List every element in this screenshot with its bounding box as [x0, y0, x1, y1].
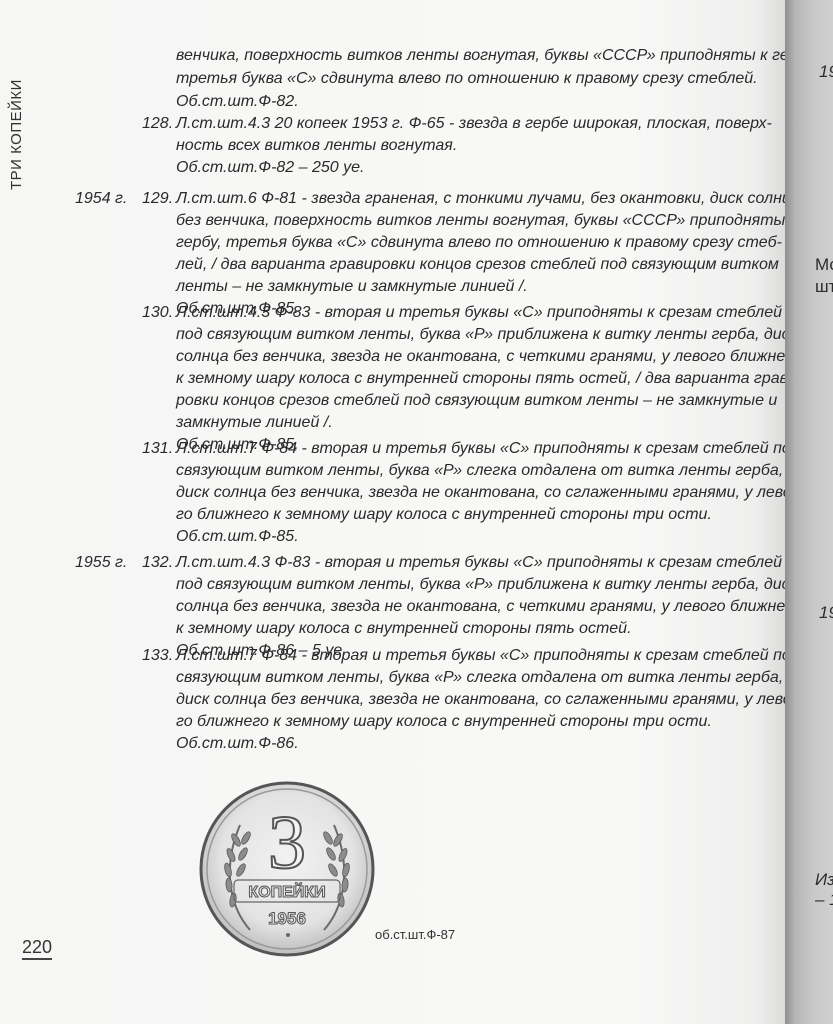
coin-illustration: 3 КОПЕЙКИ 1956 [198, 780, 376, 958]
entry-line: Л.ст.шт.7 Ф-84 - вторая и третья буквы «… [176, 439, 800, 459]
entry-line: венчика, поверхность витков ленты вогнут… [176, 46, 818, 66]
entry-line: солнца без венчика, звезда не окантована… [176, 597, 802, 617]
entry-line: замкнутые линией /. [176, 413, 333, 433]
coin-3-kopeks-1956-icon: 3 КОПЕЙКИ 1956 [198, 780, 376, 958]
entry-line: диск солнца без венчика, звезда не окант… [176, 690, 797, 710]
entry-number: 133. [142, 646, 173, 666]
figure-caption: об.ст.шт.Ф-87 [375, 927, 455, 942]
svg-text:3: 3 [268, 801, 306, 885]
next-page-fragment: – 1 [815, 890, 833, 910]
entry-line: Об.ст.шт.Ф-82. [176, 92, 299, 112]
entry-line: Л.ст.шт.4.3 Ф-83 - вторая и третья буквы… [176, 553, 782, 573]
entry-line: под связующим витком ленты, буква «Р» пр… [176, 325, 797, 345]
svg-text:1956: 1956 [268, 909, 306, 928]
svg-text:КОПЕЙКИ: КОПЕЙКИ [248, 882, 325, 901]
entry-line: под связующим витком ленты, буква «Р» пр… [176, 575, 797, 595]
entry-number: 130. [142, 303, 173, 323]
entry-number: 132. [142, 553, 173, 573]
next-page-fragment: Мо [815, 255, 833, 275]
entry-line: третья буква «С» сдвинута влево по отнош… [176, 69, 758, 89]
entry-line: Об.ст.шт.Ф-86. [176, 734, 299, 754]
entry-line: Л.ст.шт.7 Ф-84 - вторая и третья буквы «… [176, 646, 800, 666]
entry-line: к земному шару колоса с внутренней сторо… [176, 619, 632, 639]
next-page-fragment: Из [815, 870, 833, 890]
next-page-fragment: шт [815, 277, 833, 297]
book-page-left: ТРИ КОПЕЙКИ венчика, поверхность витков … [0, 0, 785, 1024]
entry-number: 129. [142, 189, 173, 209]
entry-line: связующим витком ленты, буква «Р» слегка… [176, 461, 783, 481]
entry-line: ленты – не замкнутые и замкнутые линией … [176, 277, 528, 297]
entry-line: го ближнего к земному шару колоса с внут… [176, 505, 712, 525]
page-number: 220 [22, 937, 52, 960]
running-head: ТРИ КОПЕЙКИ [8, 79, 25, 190]
entry-number: 128. [142, 114, 173, 134]
entry-line: связующим витком ленты, буква «Р» слегка… [176, 668, 783, 688]
entry-line: Л.ст.шт.4.3 20 копеек 1953 г. Ф-65 - зве… [176, 114, 772, 134]
entry-line: го ближнего к земному шару колоса с внут… [176, 712, 712, 732]
entry-line: диск солнца без венчика, звезда не окант… [176, 483, 797, 503]
entry-line: лей, / два варианта гравировки концов ср… [176, 255, 779, 275]
next-page-fragment: 19 [819, 62, 833, 82]
entry-line: без венчика, поверхность витков ленты во… [176, 211, 797, 231]
book-page-right-edge: 19 Мо шт 19 Из – 1 [785, 0, 833, 1024]
entry-line: солнца без венчика, звезда не окантована… [176, 347, 802, 367]
entry-line: гербу, третья буква «С» сдвинута влево п… [176, 233, 782, 253]
entry-line: Об.ст.шт.Ф-82 – 250 уе. [176, 158, 364, 178]
entry-line: ровки концов срезов стеблей под связующи… [176, 391, 777, 411]
next-page-fragment: 19 [819, 603, 833, 623]
entry-line: к земному шару колоса с внутренней сторо… [176, 369, 802, 389]
year-label: 1955 г. [75, 553, 127, 573]
entry-number: 131. [142, 439, 173, 459]
entry-line: Л.ст.шт.4.3 Ф-83 - вторая и третья буквы… [176, 303, 782, 323]
year-label: 1954 г. [75, 189, 127, 209]
entry-line: Об.ст.шт.Ф-85. [176, 527, 299, 547]
entry-line: ность всех витков ленты вогнутая. [176, 136, 457, 156]
entry-line: Л.ст.шт.6 Ф-81 - звезда граненая, с тонк… [176, 189, 800, 209]
